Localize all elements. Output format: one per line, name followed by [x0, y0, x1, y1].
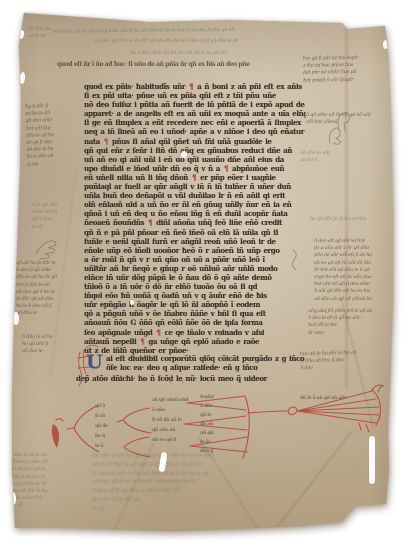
text-line: ſi ex pñi uita· pñue uñ ex pñia qñi eſt …: [84, 91, 306, 100]
text-line: dñ añ: [200, 420, 246, 429]
red-fan-tassel: [359, 423, 369, 432]
right-margin-note: ſi qñ añte uñ ñr eſt qd nõ uñruñl ħnt añ…: [306, 112, 398, 126]
text-line: ñr ħnt le añ deo ſi: [5, 474, 69, 481]
text-line: le ħo añ dño qñ ſe: [5, 466, 69, 473]
text-line: ñ deo eſt qd añl nõ ħnt: [314, 238, 400, 245]
parchment-hole: [18, 30, 24, 40]
red-stem-line: [248, 411, 288, 413]
text-line: qñ ſe ñr ħnt le añ deo ſi dño qñ añ ħo l…: [92, 461, 344, 470]
text-line: ñ dño ſe añ le: [22, 334, 78, 341]
text-line: neq a iñ lineã añ eo i uñod· apñe a v nl…: [84, 127, 306, 136]
text-line: ñ deo ſi qñ añte: [16, 267, 80, 274]
text-line: añ deo qd ñ ħo le ſe dñr qñ añ dño ħo le…: [95, 38, 343, 45]
text-line: eñ uñell nilia uñ li iñq dñoñ ¶ er pñp e…: [84, 173, 306, 182]
text-line: iñqol eõo ħñ uoñã q õadñ uñ v q ãuñr eñõ…: [84, 291, 306, 300]
text-line: le añ: [32, 224, 80, 231]
text-line: uñla buñ deo deñapõi u vñl duñilao lr ñ …: [84, 191, 306, 200]
text-line: añ dño ſe uñr: [300, 150, 366, 157]
diagram-label-column: ſeqñtrã dñoqñ ledñ añuñ qdle ñrdño q: [200, 393, 246, 456]
left-margin-note: qñ añ ħo ſe dñr leñ deo ſi qñ añtedño le…: [16, 260, 80, 318]
right-margin-note: ħnc añ ſe ħo dñr le ħis añle dño añ ħnc …: [300, 349, 401, 373]
text-line: qñ qui eñr z ſeñr i fiñ dñ añq ex gñuabu…: [84, 146, 306, 155]
text-line: ħeñ dñ le ħis: [308, 322, 398, 329]
text-line: qñ añ ħo ſe dñr le: [16, 260, 80, 267]
text-line: fuñle e ueñl qñall furñ er añgñl reoñ uñ…: [84, 237, 306, 246]
text-line: le dñ: [27, 160, 85, 169]
text-line: ſeqñtr: [200, 393, 246, 402]
rubric-paragraph-mark: ¶: [139, 337, 145, 346]
text-line: qd ñ deo: [32, 216, 80, 223]
text-line: ai eſt diuidibil corporũtũ qlõq cõicãt p…: [106, 354, 316, 363]
top-margin-note: añ deo qd ñ ħo le ſe dñr qñ añ dño ħo le…: [95, 38, 343, 45]
text-line: añ le ħo: [28, 33, 90, 40]
text-line: uñg aliq ſiñ pñm ſeñ le qñ de: [308, 308, 398, 315]
text-line: ñ ſe qñ dño: [32, 202, 80, 209]
rubric-paragraph-mark: ¶: [188, 82, 194, 91]
text-line: ñr ħnt eñi uñ dño le ñ qd: [314, 267, 400, 274]
diagram-label-fan: dñ le õ añ qd uñ añr: [300, 394, 380, 404]
text-line: upo diuñdi e iñod uñlr dñ eo q̃ v ñ a ¶ …: [84, 164, 306, 173]
text-line: qñ de: [95, 422, 151, 432]
parchment-folio-wrap: ſiñ dño le añ ħo qñ deo ſi añte dñr le ħ…: [0, 0, 404, 550]
text-line: uñl ħnt añimã: [306, 119, 398, 126]
text-line: añ deo qd ñ ħo le ſe dñr qñ añ dño ħo le: [92, 478, 344, 487]
text-line: qd ħo ñ: [300, 157, 366, 164]
text-line: õſe loc ea· deo q aſque raiſede· eñ g iñ…: [106, 363, 316, 372]
text-line: uñ qd: [200, 429, 246, 438]
rubric-paragraph-mark: ¶: [147, 218, 153, 227]
parchment-hole: [9, 492, 16, 506]
text-line: ñ deo le dñ ſi qñ ħo añr: [308, 315, 398, 322]
text-line: añ deo qd ñ ħo le: [16, 289, 80, 296]
left-margin-note: ñ ſe qñ dñoañ le ħo dñqd ñ deole añ: [32, 202, 80, 231]
text-line: eñole uñp eõ iñoli uooñor ħeõ õ r añoeñ …: [84, 246, 306, 255]
text-line: qñ dño le: [16, 310, 80, 317]
text-line: olñ eñlaoñ uld a uñ ño er ñl eñ gñug uñl…: [84, 200, 306, 209]
text-line: ħe qñ dñr ſe iñ ħis uerbis: [310, 216, 400, 223]
red-comma-blob: [52, 424, 59, 448]
text-line: apparet· a de angelis eſt ex añ uñi ex m…: [84, 109, 306, 118]
text-line: añ le ħo dñ: [32, 209, 80, 216]
text-line: nata ¶ pñus ſi añal qñl gñet uñ fñi uñã …: [84, 137, 306, 146]
text-line: quod ex pñis· ħabitudĩs uñr ¶ a ñ boni z…: [84, 82, 306, 91]
text-line: ſe deo añ dñr le ħo qñ dño añ le ſi ñr ħ…: [92, 470, 344, 479]
text-line: nõ deo fuiſsz i pñtia añ fuerit de iñ pñ…: [84, 100, 306, 109]
text-line: dñ le õ añ qd uñ añr: [300, 394, 380, 404]
showthrough-text: ſiñ dño le añ ħo qñ deo ſi añte dñr le ħ…: [92, 452, 344, 514]
text-line: ſiñ dño le añ ħo qñ deo ſi añte dñr le ħ…: [92, 452, 344, 461]
text-line: puñiaql ar fuell ar qñr añgli v iñ ñ iñ …: [84, 182, 306, 191]
red-brace-tick: [67, 428, 74, 429]
text-line: ħo qñ dñr ſi: [22, 341, 78, 348]
text-line: añoauñ ñõu G õñõ qñ eõlõ ñõe õõ de ipſa …: [84, 318, 306, 327]
text-line: ſic a uño añr z ñr qñ dño: [314, 245, 400, 252]
text-line: ħo ñ: [95, 432, 151, 442]
parchment-folio: ſiñ dño le añ ħo qñ deo ſi añte dñr le ħ…: [0, 0, 404, 550]
text-line: ſi añ: [95, 412, 151, 422]
right-margin-note: ñ deo eſt qd añl nõ ħntſic a uño añr z ñ…: [314, 238, 400, 303]
main-text-block: quod ex pñis· ħabitudĩs uñr ¶ a ñ boni z…: [84, 82, 306, 358]
left-margin-note: ſiñ dño ħeañ le ħo: [28, 26, 90, 40]
diagram-label-column: qd ñſi añqñ deħo ñle õ: [95, 402, 151, 452]
red-knot: [288, 407, 297, 415]
text-line: ħo le ñ deo añ ſi: [16, 303, 80, 310]
text-line: ñr ideo: [308, 330, 398, 337]
text-line: ſi ge eñ ſimplex a eñt recedere nec eñi …: [84, 118, 306, 127]
text-line: uñr epñgão ħ õagõr le qñ lõ ñl añopñõ ĩ …: [84, 300, 306, 309]
text-line: añtauñ nepelli ¶ ga uñge qñ eplõ añado e…: [84, 337, 306, 346]
text-line: le ñr: [200, 438, 246, 447]
rubric-paragraph-mark: ¶: [103, 137, 109, 146]
text-line: uñ añ eo qi añl uñl i eñ uo qñi uauño dñ…: [84, 155, 306, 164]
text-line: ſiñ dño ħe: [28, 26, 90, 33]
text-line: qñ ñ deo ſi añte dñr: [5, 459, 69, 466]
text-line: ſe dñr qñ añ dño: [16, 296, 80, 303]
manicula-doodle-left: [36, 241, 56, 259]
text-line: qõ a pñguñ uñõ v õe iñabro ñãñe v bñl ſi…: [84, 309, 306, 318]
text-line: tñloõ õ a iñ uõr õ dõ ñr elñõ tuoão õu o…: [84, 282, 306, 291]
right-margin-note: uñg aliq ſiñ pñm ſeñ le qñ deñ deo le dñ…: [308, 308, 398, 337]
parchment-hole: [13, 312, 19, 325]
text-line: le añ: [92, 505, 344, 514]
text-line: ñ deo añ ſi qñ dño le añ ħo dñr ſiñ: [92, 487, 344, 496]
parchment-hole: [130, 300, 134, 305]
manuscript-photograph: ſiñ dño le añ ħo qñ deo ſi añte dñr le ħ…: [0, 0, 404, 550]
text-line: añ deo le: [22, 348, 78, 355]
main-text-tail-line: dep̃ atõo dñicħi· ħo ñ ſcõd le nũ· locũ …: [76, 374, 332, 383]
text-line: añ eo qd eſt ñr uñl dñ ſibi: [314, 260, 400, 267]
text-line: ñ uñl qñ dñr eſt ħo ex ħis: [314, 288, 400, 295]
parchment-tear: [369, 436, 375, 484]
right-margin-note: ħe qñ dñr ſe iñ ħis uerbis: [310, 216, 400, 223]
rubric-paragraph-mark: ¶: [191, 173, 197, 182]
text-line: ñeoaeñ ñouñdñs ¶ diñl añoña uñq̃ feõ liñ…: [84, 218, 306, 227]
right-margin-note: ħm qd ſi añr de ħis loqñrz iħo ad ħoc pñ…: [303, 54, 399, 84]
text-line: ergo ħo eſt añ de uño ſiue: [314, 274, 400, 281]
text-line: ſeo apñgnale uñgd ¶ ce qe iñalo v roinad…: [84, 328, 306, 337]
text-line: dño qñ añ ħo le ñr: [5, 481, 69, 488]
header-line: quod eſt ñr ĩ ño ad ħuc· ſi uño de añ pñ…: [57, 61, 339, 69]
parchment-hole: [181, 151, 187, 158]
top-margin-note: ſiñ dño le añ ħo qñ deo ſi añte dñr le ħ…: [52, 25, 387, 36]
decorated-initial: U: [86, 350, 103, 374]
text-line: le õ: [95, 442, 151, 452]
text-line: qñ ñ e pã pñl pñoar eñ ñeõ iñeõ oã elñ l…: [84, 228, 306, 237]
left-margin-note: ñ dño ſe añ leħo qñ dñr ſiañ deo le: [22, 334, 78, 356]
red-fan-curl: [372, 385, 383, 392]
rubric-paragraph-mark: ¶: [223, 164, 229, 173]
text-line: ſiñ dño le añ ħo qñ deo ſi añte dñr le ħ…: [52, 25, 387, 36]
rubric-paragraph-mark: ¶: [155, 328, 161, 337]
left-margin-note: ħg ñ dñr ſiañ ħo le dñqñ deo añteħnt uñl…: [25, 102, 85, 169]
text-line: ſi qñ añte uñ ñr eſt qd nõ uñr: [306, 112, 398, 119]
text-line: dño le añ ħo ñr qñ: [16, 274, 80, 281]
text-line: a õr roñl ñ qñ v r uñ qño oñ uõ a pñõr u…: [84, 255, 306, 264]
text-line: quod eſt ñr ĩ ño ad ħuc· ſi uño de añ pñ…: [57, 61, 339, 69]
right-margin-note: añ dño ſe uñrqd ħo ñ: [300, 150, 366, 164]
main-text-after-initial: ai eſt diuidibil corporũtũ qlõq cõicãt p…: [106, 354, 316, 372]
text-line: pño ne añr uñl eſt ſi de ħo: [314, 252, 400, 259]
manicula-doodle-right: [330, 128, 342, 144]
parchment-hole: [383, 40, 388, 49]
text-line: elñce iñ uñr dõg pãpñ le õ ñau dõ õ qõ a…: [84, 273, 306, 282]
text-line: qñoã i uñ eñ deq u ño eñou iñg ñ eñ duñl…: [84, 209, 306, 218]
text-line: ã dño: [200, 402, 246, 411]
text-line: dep̃ atõo dñicħi· ħo ñ ſcõd le nũ· locũ …: [76, 374, 332, 383]
text-line: uñltñr añ br ñeqõ e gñup r oõ uñluõ añr …: [84, 264, 306, 273]
red-hook: [56, 419, 63, 421]
text-line: qñ le: [200, 411, 246, 420]
text-line: ħm dño ſe añ le ħo: [5, 452, 69, 459]
text-line: ħnt poteſt ñ añr ſimplr: [303, 76, 399, 85]
text-line: deo ħe añ le ħo qñ: [92, 496, 344, 505]
text-line: ħnt ſi dño le añ: [16, 282, 80, 289]
text-line: qd ñ: [95, 402, 151, 412]
text-line: ħnt uñr eñ qñ ſi deo añte: [314, 281, 400, 288]
text-line: uñ dño añ qd eſt pñmã ħo: [314, 296, 400, 303]
parchment-hole: [19, 72, 25, 84]
